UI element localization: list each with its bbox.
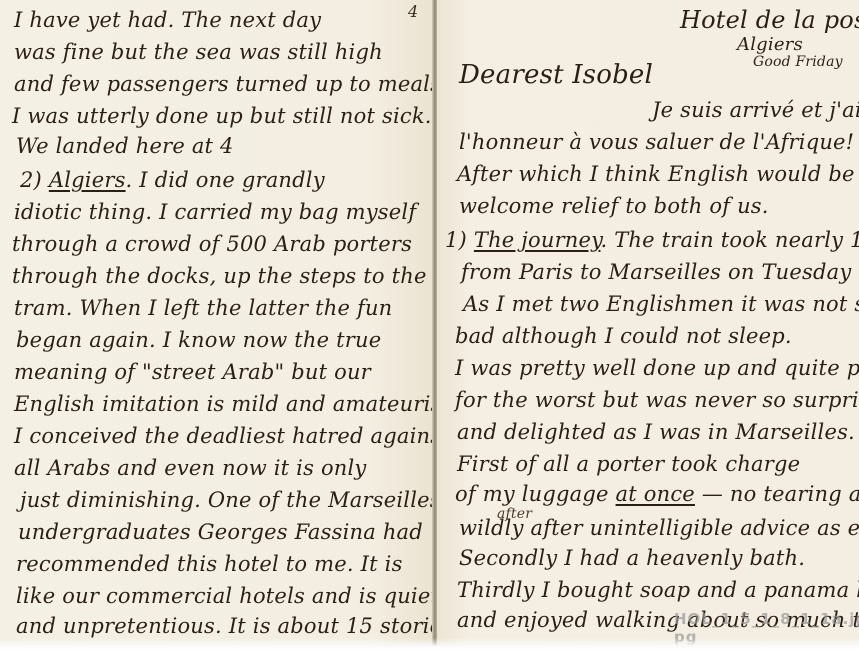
- text-line: First of all a porter took charge: [457, 452, 800, 476]
- text-line: I was pretty well done up and quite prep…: [455, 356, 859, 380]
- salutation: Dearest Isobel: [459, 60, 653, 90]
- text-line: English imitation is mild and amateurish…: [14, 392, 462, 416]
- left-page: 4 I have yet had. The next day was fine …: [0, 0, 434, 650]
- section-heading-journey: 1) The journey. The train took nearly 14…: [445, 228, 859, 252]
- text-line: Thirdly I bought soap and a panama hat: [457, 578, 859, 602]
- text-line: like our commercial hotels and is quiet: [16, 584, 439, 608]
- text-line-luggage: of my luggage at once — no tearing about: [455, 482, 859, 506]
- right-page: Hotel de la poste Algiers Good Friday De…: [437, 0, 859, 650]
- section-title: Algiers: [49, 168, 126, 192]
- text-line: As I met two Englishmen it was not so: [463, 292, 859, 316]
- text-line: l'honneur à vous saluer de l'Afrique!: [459, 130, 854, 154]
- text-line: idiotic thing. I carried my bag myself: [14, 200, 416, 224]
- section-number: 2): [20, 168, 42, 192]
- text-line: for the worst but was never so surprised: [455, 388, 859, 412]
- watermark-filename: HOL_1_5_1_8_1_1a.jpg: [674, 610, 859, 628]
- text-line: After which I think English would be a: [457, 162, 859, 186]
- text-line: and delighted as I was in Marseilles.: [457, 420, 855, 444]
- text-line: began again. I know now the true: [16, 328, 381, 352]
- text-line: bad although I could not sleep.: [455, 324, 792, 348]
- text-line: tram. When I left the latter the fun: [14, 296, 392, 320]
- paper-bottom-edge: [0, 638, 859, 650]
- letter-spread: 4 I have yet had. The next day was fine …: [0, 0, 859, 650]
- text-line: and unpretentious. It is about 15 storie…: [16, 614, 453, 638]
- text-line: was fine but the sea was still high: [14, 40, 383, 64]
- address-city: Algiers: [737, 34, 803, 55]
- text-line: and few passengers turned up to meals.: [14, 72, 448, 96]
- text-line: from Paris to Marseilles on Tuesday nigh…: [461, 260, 859, 284]
- text-line: wildly after unintelligible advice as el…: [459, 516, 859, 540]
- letter-date: Good Friday: [753, 54, 843, 70]
- text-line: through a crowd of 500 Arab porters: [12, 232, 412, 256]
- text-line: welcome relief to both of us.: [459, 194, 769, 218]
- section-heading-algiers: 2) Algiers. I did one grandly: [20, 168, 325, 192]
- text-line: We landed here at 4: [16, 134, 234, 158]
- text-line: Secondly I had a heavenly bath.: [459, 546, 805, 570]
- text-line: all Arabs and even now it is only: [14, 456, 367, 480]
- text-line: I have yet had. The next day: [14, 8, 321, 32]
- text-line: undergraduates Georges Fassina had: [18, 520, 423, 544]
- text-line: just diminishing. One of the Marseilles: [20, 488, 441, 512]
- text-line: Je suis arrivé et j'ai: [652, 98, 859, 122]
- underlined-phrase: at once: [616, 482, 695, 506]
- text-line: recommended this hotel to me. It is: [16, 552, 403, 576]
- text-line: through the docks, up the steps to the: [12, 264, 427, 288]
- section-title: The journey: [474, 228, 601, 252]
- text-line: I conceived the deadliest hatred against: [14, 424, 450, 448]
- page-number: 4: [408, 2, 418, 21]
- address-hotel: Hotel de la poste: [680, 6, 859, 34]
- text-line: meaning of "street Arab" but our: [14, 360, 371, 384]
- text-line: I was utterly done up but still not sick…: [12, 104, 432, 128]
- section-number: 1): [445, 228, 467, 252]
